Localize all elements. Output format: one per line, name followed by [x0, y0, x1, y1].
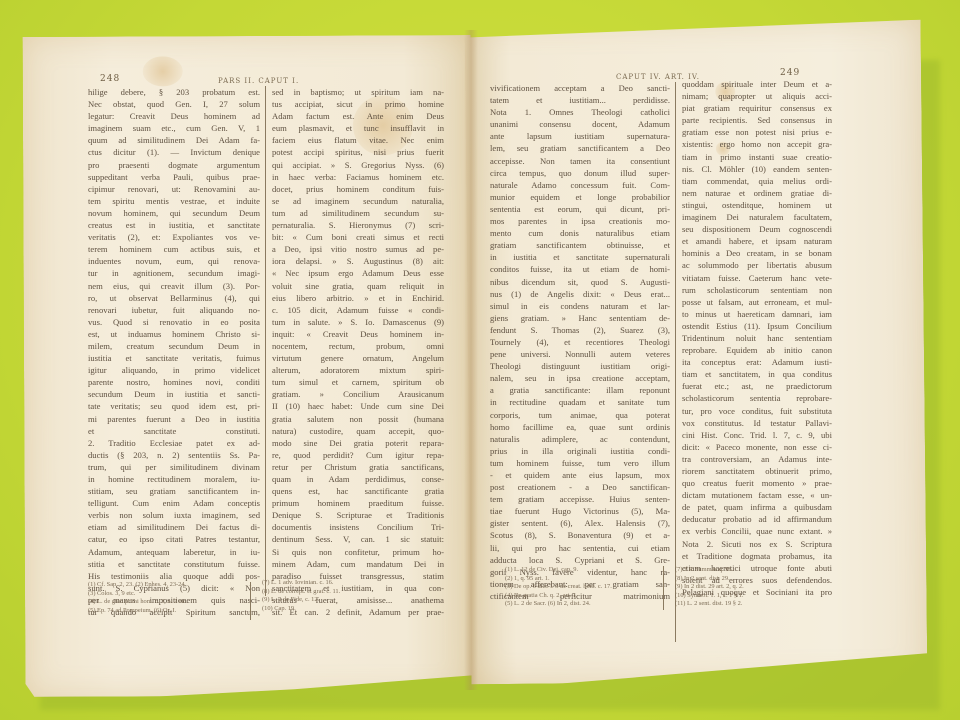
- text-line: prius in illa originali iustitia condi-: [490, 445, 670, 457]
- left-footnotes-2: (7) L. 1 adv. Iovinian. c. 16.(8) L. de …: [262, 579, 432, 613]
- text-line: vox constitutus. Id testatur Pallavi-: [682, 417, 832, 429]
- text-line: qui accipiat. » S. Gregorius Nyss. (6): [272, 159, 444, 171]
- text-line: nibus dicendum sit, quod S. Augusti-: [490, 276, 670, 288]
- footnote: (3) De op. 6 dier. l. 3 de creat. hom. c…: [505, 583, 685, 592]
- column-rule: [675, 82, 676, 642]
- text-line: fendunt S. Thomas (2), Suarez (3),: [490, 324, 670, 336]
- text-line: munior equidem et longe probabilior: [490, 191, 670, 203]
- text-line: documentis insistens Concilium Tri-: [272, 521, 444, 533]
- right-footnotes-2: (7) 2 P. Summae q. 96.(8) In 2 sent. dis…: [675, 566, 845, 609]
- text-line: fuerat etc.; ast, ne praedictorum: [682, 380, 832, 392]
- book-gutter: [464, 30, 478, 690]
- text-line: tem gratiam accepisse. Huius senten-: [490, 493, 670, 505]
- text-line: mos parentes in ipsa creationis mo-: [490, 215, 670, 227]
- text-line: nalem, seu in ipsa creatione acceptam,: [490, 372, 670, 384]
- footnote: (9) L. 2 de Fide, c. 12.: [262, 596, 432, 605]
- text-line: terem hominem cum actibus suis, et: [88, 243, 260, 255]
- text-line: piat gratiam requiritur consensus ex: [682, 102, 832, 114]
- footnote: (5) Ep. 74 ad Pompeium. (6) Or. I.: [88, 607, 258, 616]
- text-line: pernaturalia. S. Hieronymus (7) scri-: [272, 219, 444, 231]
- right-page-number: 249: [780, 68, 800, 78]
- text-line: conditos fuisse, ita ut etiam de homi-: [490, 263, 670, 275]
- text-line: a gratia sanctificante: illam reponunt: [490, 384, 670, 396]
- text-line: telligunt. Cum enim Adam conceptis: [88, 497, 260, 509]
- footnote: (7) L. 1 adv. Iovinian. c. 16.: [262, 579, 432, 588]
- text-line: et amandi habere, et ipsam naturam: [682, 235, 832, 247]
- paper-stain: [143, 56, 183, 86]
- text-line: ante lapsum iustitiam supernatura-: [490, 130, 670, 142]
- text-line: tum in salute. » S. Io. Damascenus (9): [272, 316, 444, 328]
- text-line: lem, seu gratiam sanctificantem a Deo: [490, 142, 670, 154]
- text-line: vus. Quod si renovatio in eo posita: [88, 316, 260, 328]
- text-line: primum hominem praeditum fuisse.: [272, 497, 444, 509]
- footnote-rule: [250, 582, 251, 620]
- text-line: creatus est in iustitia, et sanctitate: [88, 219, 260, 231]
- text-line: tiam et sanctitatem, in qua conditus: [682, 368, 832, 380]
- text-line: gratiam. » Concilium Arausicanum: [272, 388, 444, 400]
- text-line: gratia salutem non possit (humana: [272, 413, 444, 425]
- text-line: induentes novum, eum, qui renova-: [88, 255, 260, 267]
- text-line: corporis, tum animae, qua poterat: [490, 409, 670, 421]
- text-line: suppeditant verba Pauli, quibus prae-: [88, 171, 260, 183]
- left-running-head: PARS II. CAPUT I.: [218, 77, 299, 85]
- footnote: (8) In 2 sent. dist. 29.: [675, 575, 845, 584]
- text-line: se ad imaginem secundum naturalia,: [272, 195, 444, 207]
- text-line: retur per Christum gratia sanctificans,: [272, 461, 444, 473]
- text-line: de patet, quam infirma a quibusdam: [682, 501, 832, 513]
- text-line: circa tempus, quo donum illud super-: [490, 167, 670, 179]
- text-line: Nota 1. Omnes Theologi catholici: [490, 106, 670, 118]
- footnote: (11) L. 2 sent. dist. 19 § 2.: [675, 600, 845, 609]
- text-line: Adamum, antequam laberetur, in iu-: [88, 546, 260, 558]
- text-line: ductis (§ 203, n. 2) sententiis Ss. Pa-: [88, 449, 260, 461]
- text-line: Si quis non confitetur, primum ho-: [272, 546, 444, 558]
- text-line: re, quod perdidit? Cum igitur repa-: [272, 449, 444, 461]
- footnote: (8) L. de corrept. et grat. c. 11.: [262, 588, 432, 597]
- text-line: tra controversiam, an Adamus inte-: [682, 453, 832, 465]
- right-page-column-2: quoddam spirituale inter Deum et a-nimam…: [682, 78, 832, 598]
- text-line: quam in Adam perdidimus, conse-: [272, 473, 444, 485]
- left-page-number: 248: [100, 74, 120, 84]
- text-line: Nota 2. Sicuti nos ex S. Scriptura: [682, 538, 832, 550]
- text-line: pene universi. Nonnulli autem veteres: [490, 348, 670, 360]
- text-line: tus accipiat, sicut in primo homine: [272, 98, 444, 110]
- text-line: tum ad similitudinem secundum su-: [272, 207, 444, 219]
- text-line: minem Adam, cum mandatum Dei in: [272, 558, 444, 570]
- text-line: post creationem - a Deo sanctifican-: [490, 481, 670, 493]
- text-line: « Nec ipsum ergo Adamum Deus esse: [272, 267, 444, 279]
- text-line: unanimi consensu docent, Adamum: [490, 118, 670, 130]
- text-line: hilige debere, § 203 probatum est.: [88, 86, 260, 98]
- text-line: riorem sanctitatem obtinuerit primo,: [682, 465, 832, 477]
- text-line: c. 105 dicit, Adamum fuisse « condi-: [272, 304, 444, 316]
- text-line: ro, ut observat Bellarminus (4), qui: [88, 292, 260, 304]
- text-line: tur, pro voce conditus, fuit substituta: [682, 405, 832, 417]
- footnote: (3) Colos. 3, 9 etc.: [88, 590, 258, 599]
- text-line: 2. Traditio Ecclesiae patet ex ad-: [88, 437, 260, 449]
- text-line: accepisse. Non tamen ita consentiunt: [490, 155, 670, 167]
- text-line: nus (1) de Angelis dixit: « Deus erat...: [490, 288, 670, 300]
- text-line: tum hominem fuisse, tum vero illum: [490, 457, 670, 469]
- left-footnotes-1: (1) Cf. Sap. 2, 23. (2) Ephes. 4, 23-24.…: [88, 581, 258, 615]
- text-line: docet, prius hominem conditum fuis-: [272, 183, 444, 195]
- text-line: ita conceptus erat: Adamum iusti-: [682, 356, 832, 368]
- right-page-column-1: vivificationem acceptam a Deo sancti-tat…: [490, 82, 670, 602]
- text-line: faciem eius flatum vitae. Nec enim: [272, 134, 444, 146]
- text-line: tiam in primo instanti suae creatio-: [682, 151, 832, 163]
- text-line: imaginem Dei naturalem facultatem,: [682, 211, 832, 223]
- text-line: Denique S. Scripturae et Traditionis: [272, 509, 444, 521]
- text-line: naturalis adimplere, ac contendunt,: [490, 433, 670, 445]
- text-line: xistentis: ergo homo non accepit gra-: [682, 138, 832, 150]
- text-line: stitiam, seu gratiam sanctificantem in-: [88, 485, 260, 497]
- text-line: ostendit Estius (11). Ipsum Concilium: [682, 320, 832, 332]
- footnote: (10) Cap. 19.: [262, 605, 432, 614]
- column-rule: [265, 86, 266, 596]
- text-line: nis. Cl. Möhler (10) eandem senten-: [682, 163, 832, 175]
- text-line: Tournely (4), et recentiores Theologi: [490, 336, 670, 348]
- text-line: et Traditione dogmata probamus, ita: [682, 550, 832, 562]
- text-line: inquit: « Creavit Deus hominem in-: [272, 328, 444, 340]
- footnote: (7) 2 P. Summae q. 96.: [675, 566, 845, 575]
- text-line: hominis a Deo creatam, in se bonam: [682, 247, 832, 259]
- text-line: etiam ad similitudinem Dei factus di-: [88, 521, 260, 533]
- text-line: veritatis (2), et: Expoliantes vos ve-: [88, 231, 260, 243]
- left-page-column-1: hilige debere, § 203 probatum est.Nec ob…: [88, 86, 260, 618]
- text-line: virtutum genere ornatum, Angelum: [272, 352, 444, 364]
- text-line: iustitia et sanctitate veritatis, fuimus: [88, 352, 260, 364]
- text-line: vivificationem acceptam a Deo sancti-: [490, 82, 670, 94]
- right-footnotes-1: (1) L. 12 de Civ. Dei, cap. 9.(2) 1, q. …: [505, 566, 685, 609]
- footnote: (9) In 2 dist. 29 art. 2, q. 2.: [675, 583, 845, 592]
- text-line: bit: « Cum boni creati simus et recti: [272, 231, 444, 243]
- text-line: Tridentinum noluit hanc sententiam: [682, 332, 832, 344]
- text-line: Scotus (8), S. Bonaventura (9) et a-: [490, 529, 670, 541]
- text-line: Theologi distinguunt iustitiam origi-: [490, 360, 670, 372]
- text-line: gratiam sanctificantem obtinuisse, et: [490, 239, 670, 251]
- text-line: simul in eis condens naturam et lar-: [490, 300, 670, 312]
- text-line: mento cum donis naturalibus etiam: [490, 227, 670, 239]
- text-line: posse ut falsam, aut erroneam, et mul-: [682, 296, 832, 308]
- text-line: in homine rectitudinem moralem, iu-: [88, 473, 260, 485]
- text-line: est, ut induamus hominem Christo si-: [88, 328, 260, 340]
- text-line: ctus dicitur (1). — Invictum denique: [88, 146, 260, 158]
- text-line: catur, eo ipso citati Patres testantur,: [88, 533, 260, 545]
- text-line: potest accipi spiritus, nisi prius fueri…: [272, 146, 444, 158]
- text-line: homo facillime ea, quae sunt ordinis: [490, 421, 670, 433]
- text-line: pro praesenti dogmate argumentum: [88, 159, 260, 171]
- text-line: parente nostro, homines novi, conditi: [88, 376, 260, 388]
- text-line: igitur aliquando, in primo videlicet: [88, 364, 260, 376]
- text-line: rum scholasticorum sententiam non: [682, 284, 832, 296]
- text-line: Adam factum est. Ante enim Deus: [272, 110, 444, 122]
- text-line: stitia et sanctitate constitutum fuisse.: [88, 558, 260, 570]
- text-line: II (10) haec habet: Unde cum sine Dei: [272, 400, 444, 412]
- text-line: renovari iubetur, fuit aliquando no-: [88, 304, 260, 316]
- text-line: nem eius, qui creavit illum (3). Por-: [88, 280, 260, 292]
- text-line: cipimur renovari, ut: Renovamini au-: [88, 183, 260, 195]
- text-line: parte recipientis. Sed consensus in: [682, 114, 832, 126]
- footnote: (1) L. 12 de Civ. Dei, cap. 9.: [505, 566, 685, 575]
- text-line: cini Hist. Conc. Trid. l. 7, c. 9, ubi: [682, 429, 832, 441]
- text-line: quum ad similitudinem Dei Adam fa-: [88, 134, 260, 146]
- text-line: to minus ut haereticam damnari, iam: [682, 308, 832, 320]
- text-line: imaginem suam etc., cum Gen. V, 1: [88, 122, 260, 134]
- footnote: (5) L. 2 de Sacr. (6) In 2, dist. 24.: [505, 600, 685, 609]
- text-line: a Deo, ipsi vitio nostro sumus ad pe-: [272, 243, 444, 255]
- text-line: tem spiritu mentis vestrae, et induite: [88, 195, 260, 207]
- text-line: nimam; quapropter ut aliquis acci-: [682, 90, 832, 102]
- footnote: (1) Cf. Sap. 2, 23. (2) Ephes. 4, 23-24.: [88, 581, 258, 590]
- text-line: mi parentes fuerunt a Deo in iustitia: [88, 413, 260, 425]
- text-line: - et quidem ante eius lapsum, mox: [490, 469, 670, 481]
- text-line: secundum Deum in iustitia et sancti-: [88, 388, 260, 400]
- text-line: iora delapsi. » S. Augustinus (8) ait:: [272, 255, 444, 267]
- text-line: novum hominem, qui secundum Deum: [88, 207, 260, 219]
- text-line: quo creatus fuerit momento » prae-: [682, 477, 832, 489]
- text-line: tum simul et carnem, spiritum ob: [272, 376, 444, 388]
- footnote: (4) L. de grat. primi hom. c. 3, n. 2 et…: [88, 598, 258, 607]
- text-line: natura) custodire, quam accepit, quo-: [272, 425, 444, 437]
- text-line: dentinum Sess. V, can. 1 sic statuit:: [272, 533, 444, 545]
- text-line: adducta loca S. Cypriani et S. Gre-: [490, 554, 670, 566]
- text-line: dicit: « Pacеco monente, non esse ci-: [682, 441, 832, 453]
- text-line: tur in agnitionem, secundum imagi-: [88, 267, 260, 279]
- text-line: legatur: Creavit Deus hominem ad: [88, 110, 260, 122]
- text-line: tatem et iustitiam... perdidisse.: [490, 94, 670, 106]
- text-line: stingui, ostenditque, hominem ut: [682, 199, 832, 211]
- text-line: lii, qui pro hac sententia, cui etiam: [490, 542, 670, 554]
- text-line: in iustitia et sanctitate supernaturali: [490, 251, 670, 263]
- text-line: verbis non solum iuxta imaginem, sed: [88, 509, 260, 521]
- text-line: in haec verba: Faciamus hominem etc.: [272, 171, 444, 183]
- text-line: nocentem, rectum, probum, omni: [272, 340, 444, 352]
- text-line: dictam mutationem factam esse, « un-: [682, 489, 832, 501]
- text-line: ac solummodo per libertatis abusum: [682, 259, 832, 271]
- footnote: (4) De gratia Ch. q. 2, art. 1.: [505, 592, 685, 601]
- text-line: sed in baptismo; ut spiritum iam na-: [272, 86, 444, 98]
- text-line: gratiam esse non potest nisi prius e-: [682, 126, 832, 138]
- text-line: tiam commendat, quia melius ordi-: [682, 175, 832, 187]
- text-line: in rectitudine quadam et sanitate tum: [490, 396, 670, 408]
- text-line: quoddam spirituale inter Deum et a-: [682, 78, 832, 90]
- text-line: trum, qui per similitudinem divinam: [88, 461, 260, 473]
- footnote: (10) Symbol. 1. 1, c. 1 § 1.: [675, 592, 845, 601]
- text-line: deducatur probatio ad id affirmandum: [682, 513, 832, 525]
- text-line: voluit sine gratia, quam reliquit in: [272, 280, 444, 292]
- text-line: nem naturae et ordinem gratiae di-: [682, 187, 832, 199]
- text-line: reprobare. Equidem ab initio canon: [682, 344, 832, 356]
- text-line: modo sine Dei gratia poterit repara-: [272, 437, 444, 449]
- text-line: Nec obstat, quod Gen. I, 27 solum: [88, 98, 260, 110]
- text-line: eum plasmavit, et tunc insufflavit in: [272, 122, 444, 134]
- text-line: seu dispositionem Deum cognoscendi: [682, 223, 832, 235]
- text-line: eius libero arbitrio. » et in Enchirid.: [272, 292, 444, 304]
- text-line: gister sentent. (6), Alex. Halensis (7),: [490, 517, 670, 529]
- text-line: milem, creatum secundum Deum in: [88, 340, 260, 352]
- text-line: alterum, adoratorem mixtum spiri-: [272, 364, 444, 376]
- footnote: (2) 1, q. 95 art. 1.: [505, 575, 685, 584]
- left-page-column-2: sed in baptismo; ut spiritum iam na-tus …: [272, 86, 444, 618]
- text-line: sententia est eorum, qui dicunt, pri-: [490, 203, 670, 215]
- text-line: giens gratiam. » Hanc sententiam de-: [490, 312, 670, 324]
- footnote-rule: [663, 566, 664, 610]
- text-line: naturale Adamo concessum fuit. Com-: [490, 179, 670, 191]
- text-line: tiae fuerunt Hugo Victorinus (5), Ma-: [490, 505, 670, 517]
- text-line: ex verbis Concilii, quae nunc extant. »: [682, 525, 832, 537]
- text-line: tate veritatis; seu quod idem est, pri-: [88, 400, 260, 412]
- text-line: et sanctitate constituti.: [88, 425, 260, 437]
- text-line: scholasticorum sententia reprobare-: [682, 392, 832, 404]
- text-line: vitiatam fuisse. Caeterum hanc vete-: [682, 272, 832, 284]
- text-line: quens est, hac sanctificante gratia: [272, 485, 444, 497]
